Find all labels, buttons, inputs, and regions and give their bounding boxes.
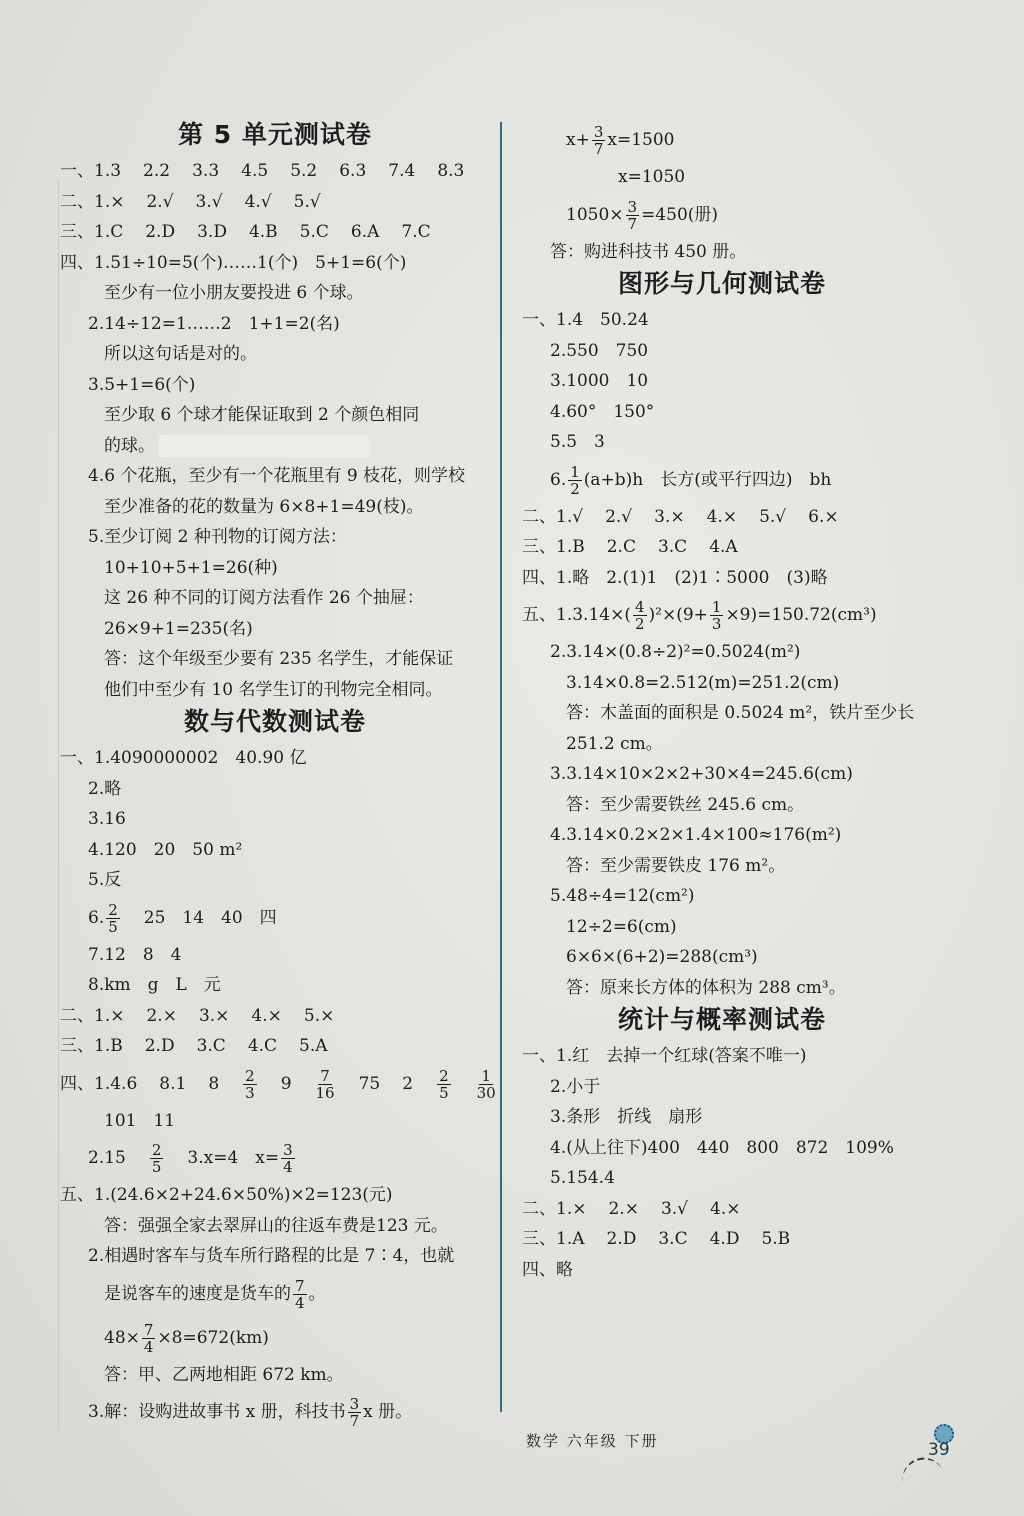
fraction: 34 xyxy=(281,1142,295,1175)
answer-line: 5.154.4 xyxy=(522,1163,922,1194)
answer-line: 3.5+1=6(个) xyxy=(60,370,490,401)
answer-line: 2.相遇时客车与货车所行路程的比是 7∶4，也就 xyxy=(60,1241,490,1272)
statistics-s1-q1: 一、1.红 去掉一个红球(答案不唯一) xyxy=(522,1041,922,1072)
answer-line: 答：这个年级至少要有 235 名学生，才能保证 xyxy=(60,644,490,675)
answer-line: 26×9+1=235(名) xyxy=(60,614,490,645)
fraction: 25 xyxy=(150,1142,164,1175)
answer-line: 答：强强全家去翠屏山的往返车费是123 元。 xyxy=(60,1211,490,1242)
answer-line: 是说客车的速度是货车的74。 xyxy=(60,1272,490,1316)
answer-line: 10+10+5+1=26(种) xyxy=(60,553,490,584)
answer-line: 所以这句话是对的。 xyxy=(60,339,490,370)
answer-line: 5.5 3 xyxy=(522,427,922,458)
answer-line: 至少有一位小朋友要投进 6 个球。 xyxy=(60,278,490,309)
geometry-s1-q1: 一、1.4 50.24 xyxy=(522,305,922,336)
fraction: 23 xyxy=(243,1068,257,1101)
fraction: 37 xyxy=(348,1396,362,1429)
answer-line: 至少准备的花的数量为 6×8+1=49(枝)。 xyxy=(60,492,490,523)
answer-line: 48×74×8=672(km) xyxy=(60,1316,490,1360)
geometry-title: 图形与几何测试卷 xyxy=(522,267,922,301)
fraction: 42 xyxy=(633,599,647,632)
fraction: 12 xyxy=(568,464,582,497)
page-number: 39 xyxy=(928,1440,950,1460)
equation-line: 1050×37=450(册) xyxy=(522,193,922,237)
answer-line: 3.解：设购进故事书 x 册，科技书37x 册。 xyxy=(60,1390,490,1434)
fraction: 74 xyxy=(142,1322,156,1355)
answer-line: 答：甲、乙两地相距 672 km。 xyxy=(60,1360,490,1391)
answer-line: 答：原来长方体的体积为 288 cm³。 xyxy=(522,973,922,1004)
answer-line: 2.3.14×(0.8÷2)²=0.5024(m²) xyxy=(522,637,922,668)
answer-line: 251.2 cm。 xyxy=(522,729,922,760)
answer-line: 5.反 xyxy=(60,865,490,896)
page-footer: 数学 六年级 下册 xyxy=(526,1430,659,1451)
page-margin-line xyxy=(58,180,59,1430)
algebra-section-4-q1: 四、1.4.68.1823971675225130 xyxy=(60,1062,490,1106)
answer-line: 6.2525 14 40 四 xyxy=(60,896,490,940)
answer-line: 6×6×(6+2)=288(cm³) xyxy=(522,942,922,973)
geometry-section-4: 四、1.略 2.(1)1 (2)1∶5000 (3)略 xyxy=(522,563,922,594)
answer-line: 2.14÷12=1……2 1+1=2(名) xyxy=(60,309,490,340)
equation-line: x+37x=1500 xyxy=(522,118,922,162)
algebra-section-2: 二、1.×2.×3.×4.×5.× xyxy=(60,1001,490,1032)
answer-line: 3.3.14×10×2×2+30×4=245.6(cm) xyxy=(522,759,922,790)
geometry-section-2: 二、1.√2.√3.×4.×5.√6.× xyxy=(522,502,922,533)
algebra-section-5-q1: 五、1.(24.6×2+24.6×50%)×2=123(元) xyxy=(60,1180,490,1211)
answer-line: 2.略 xyxy=(60,774,490,805)
fraction: 25 xyxy=(437,1068,451,1101)
answer-line: 至少取 6 个球才能保证取到 2 个颜色相同 xyxy=(60,400,490,431)
answer-line: 6.12(a+b)h 长方(或平行四边) bh xyxy=(522,458,922,502)
answer-line: 12÷2=6(cm) xyxy=(522,912,922,943)
fraction: 130 xyxy=(477,1068,496,1101)
unit5-section-1: 一、1.32.23.34.55.26.37.48.3 xyxy=(60,156,490,187)
answer-line: 答：至少需要铁皮 176 m²。 xyxy=(522,851,922,882)
answer-line: 3.1000 10 xyxy=(522,366,922,397)
statistics-section-2: 二、1.×2.×3.√4.× xyxy=(522,1194,922,1225)
answer-line: 2.15253.x=4 x=34 xyxy=(60,1136,490,1180)
statistics-title: 统计与概率测试卷 xyxy=(522,1003,922,1037)
answer-line: 3.14×0.8=2.512(m)=251.2(cm) xyxy=(522,668,922,699)
algebra-s1-q1: 一、1.4090000002 40.90 亿 xyxy=(60,743,490,774)
geometry-section-3: 三、1.B2.C3.C4.A xyxy=(522,532,922,563)
answer-line: 5.至少订阅 2 种刊物的订阅方法： xyxy=(60,522,490,553)
answer-line: 7.12 8 4 xyxy=(60,940,490,971)
answer-line: 答：至少需要铁丝 245.6 cm。 xyxy=(522,790,922,821)
fraction: 37 xyxy=(626,199,640,232)
answer-line: 2.小于 xyxy=(522,1072,922,1103)
answer-line: 4.3.14×0.2×2×1.4×100≈176(m²) xyxy=(522,820,922,851)
redacted-area xyxy=(159,435,369,457)
fraction: 37 xyxy=(592,124,606,157)
answer-line: 5.48÷4=12(cm²) xyxy=(522,881,922,912)
fraction: 13 xyxy=(710,599,724,632)
unit5-section-4-q1: 四、1.51÷10=5(个)……1(个) 5+1=6(个) xyxy=(60,248,490,279)
answer-key-page: 第 5 单元测试卷 一、1.32.23.34.55.26.37.48.3 二、1… xyxy=(0,0,1024,1516)
answer-line: 101 11 xyxy=(60,1106,490,1137)
answer-line: 8.km g L 元 xyxy=(60,970,490,1001)
column-divider xyxy=(500,122,502,1412)
geometry-section-5-q1: 五、1.3.14×(42)²×(9+13×9)=150.72(cm³) xyxy=(522,593,922,637)
unit5-title: 第 5 单元测试卷 xyxy=(60,118,490,152)
answer-line: 4.(从上往下)400 440 800 872 109% xyxy=(522,1133,922,1164)
unit5-section-3: 三、1.C2.D3.D4.B5.C6.A7.C xyxy=(60,217,490,248)
answer-line: 答：购进科技书 450 册。 xyxy=(522,237,922,268)
left-column: 第 5 单元测试卷 一、1.32.23.34.55.26.37.48.3 二、1… xyxy=(60,118,490,1434)
right-column: x+37x=1500 x=1050 1050×37=450(册) 答：购进科技书… xyxy=(522,118,922,1285)
answer-line: 答：木盖面的面积是 0.5024 m²，铁片至少长 xyxy=(522,698,922,729)
unit5-section-2: 二、1.×2.√3.√4.√5.√ xyxy=(60,187,490,218)
answer-line: 2.550 750 xyxy=(522,336,922,367)
statistics-section-3: 三、1.A2.D3.C4.D5.B xyxy=(522,1224,922,1255)
answer-line: 他们中至少有 10 名学生订的刊物完全相同。 xyxy=(60,675,490,706)
answer-line: 这 26 种不同的订阅方法看作 26 个抽屉： xyxy=(60,583,490,614)
answer-line: 4.6 个花瓶，至少有一个花瓶里有 9 枝花，则学校 xyxy=(60,461,490,492)
fraction: 25 xyxy=(106,902,120,935)
algebra-title: 数与代数测试卷 xyxy=(60,705,490,739)
answer-line: 3.条形 折线 扇形 xyxy=(522,1102,922,1133)
equation-line: x=1050 xyxy=(522,162,922,193)
fraction: 74 xyxy=(293,1278,307,1311)
answer-line: 4.60° 150° xyxy=(522,397,922,428)
statistics-section-4: 四、略 xyxy=(522,1255,922,1286)
answer-line: 3.16 xyxy=(60,804,490,835)
fraction: 716 xyxy=(316,1068,335,1101)
answer-line: 4.120 20 50 m² xyxy=(60,835,490,866)
algebra-section-3: 三、1.B2.D3.C4.C5.A xyxy=(60,1031,490,1062)
answer-line: 的球。 xyxy=(60,431,490,462)
